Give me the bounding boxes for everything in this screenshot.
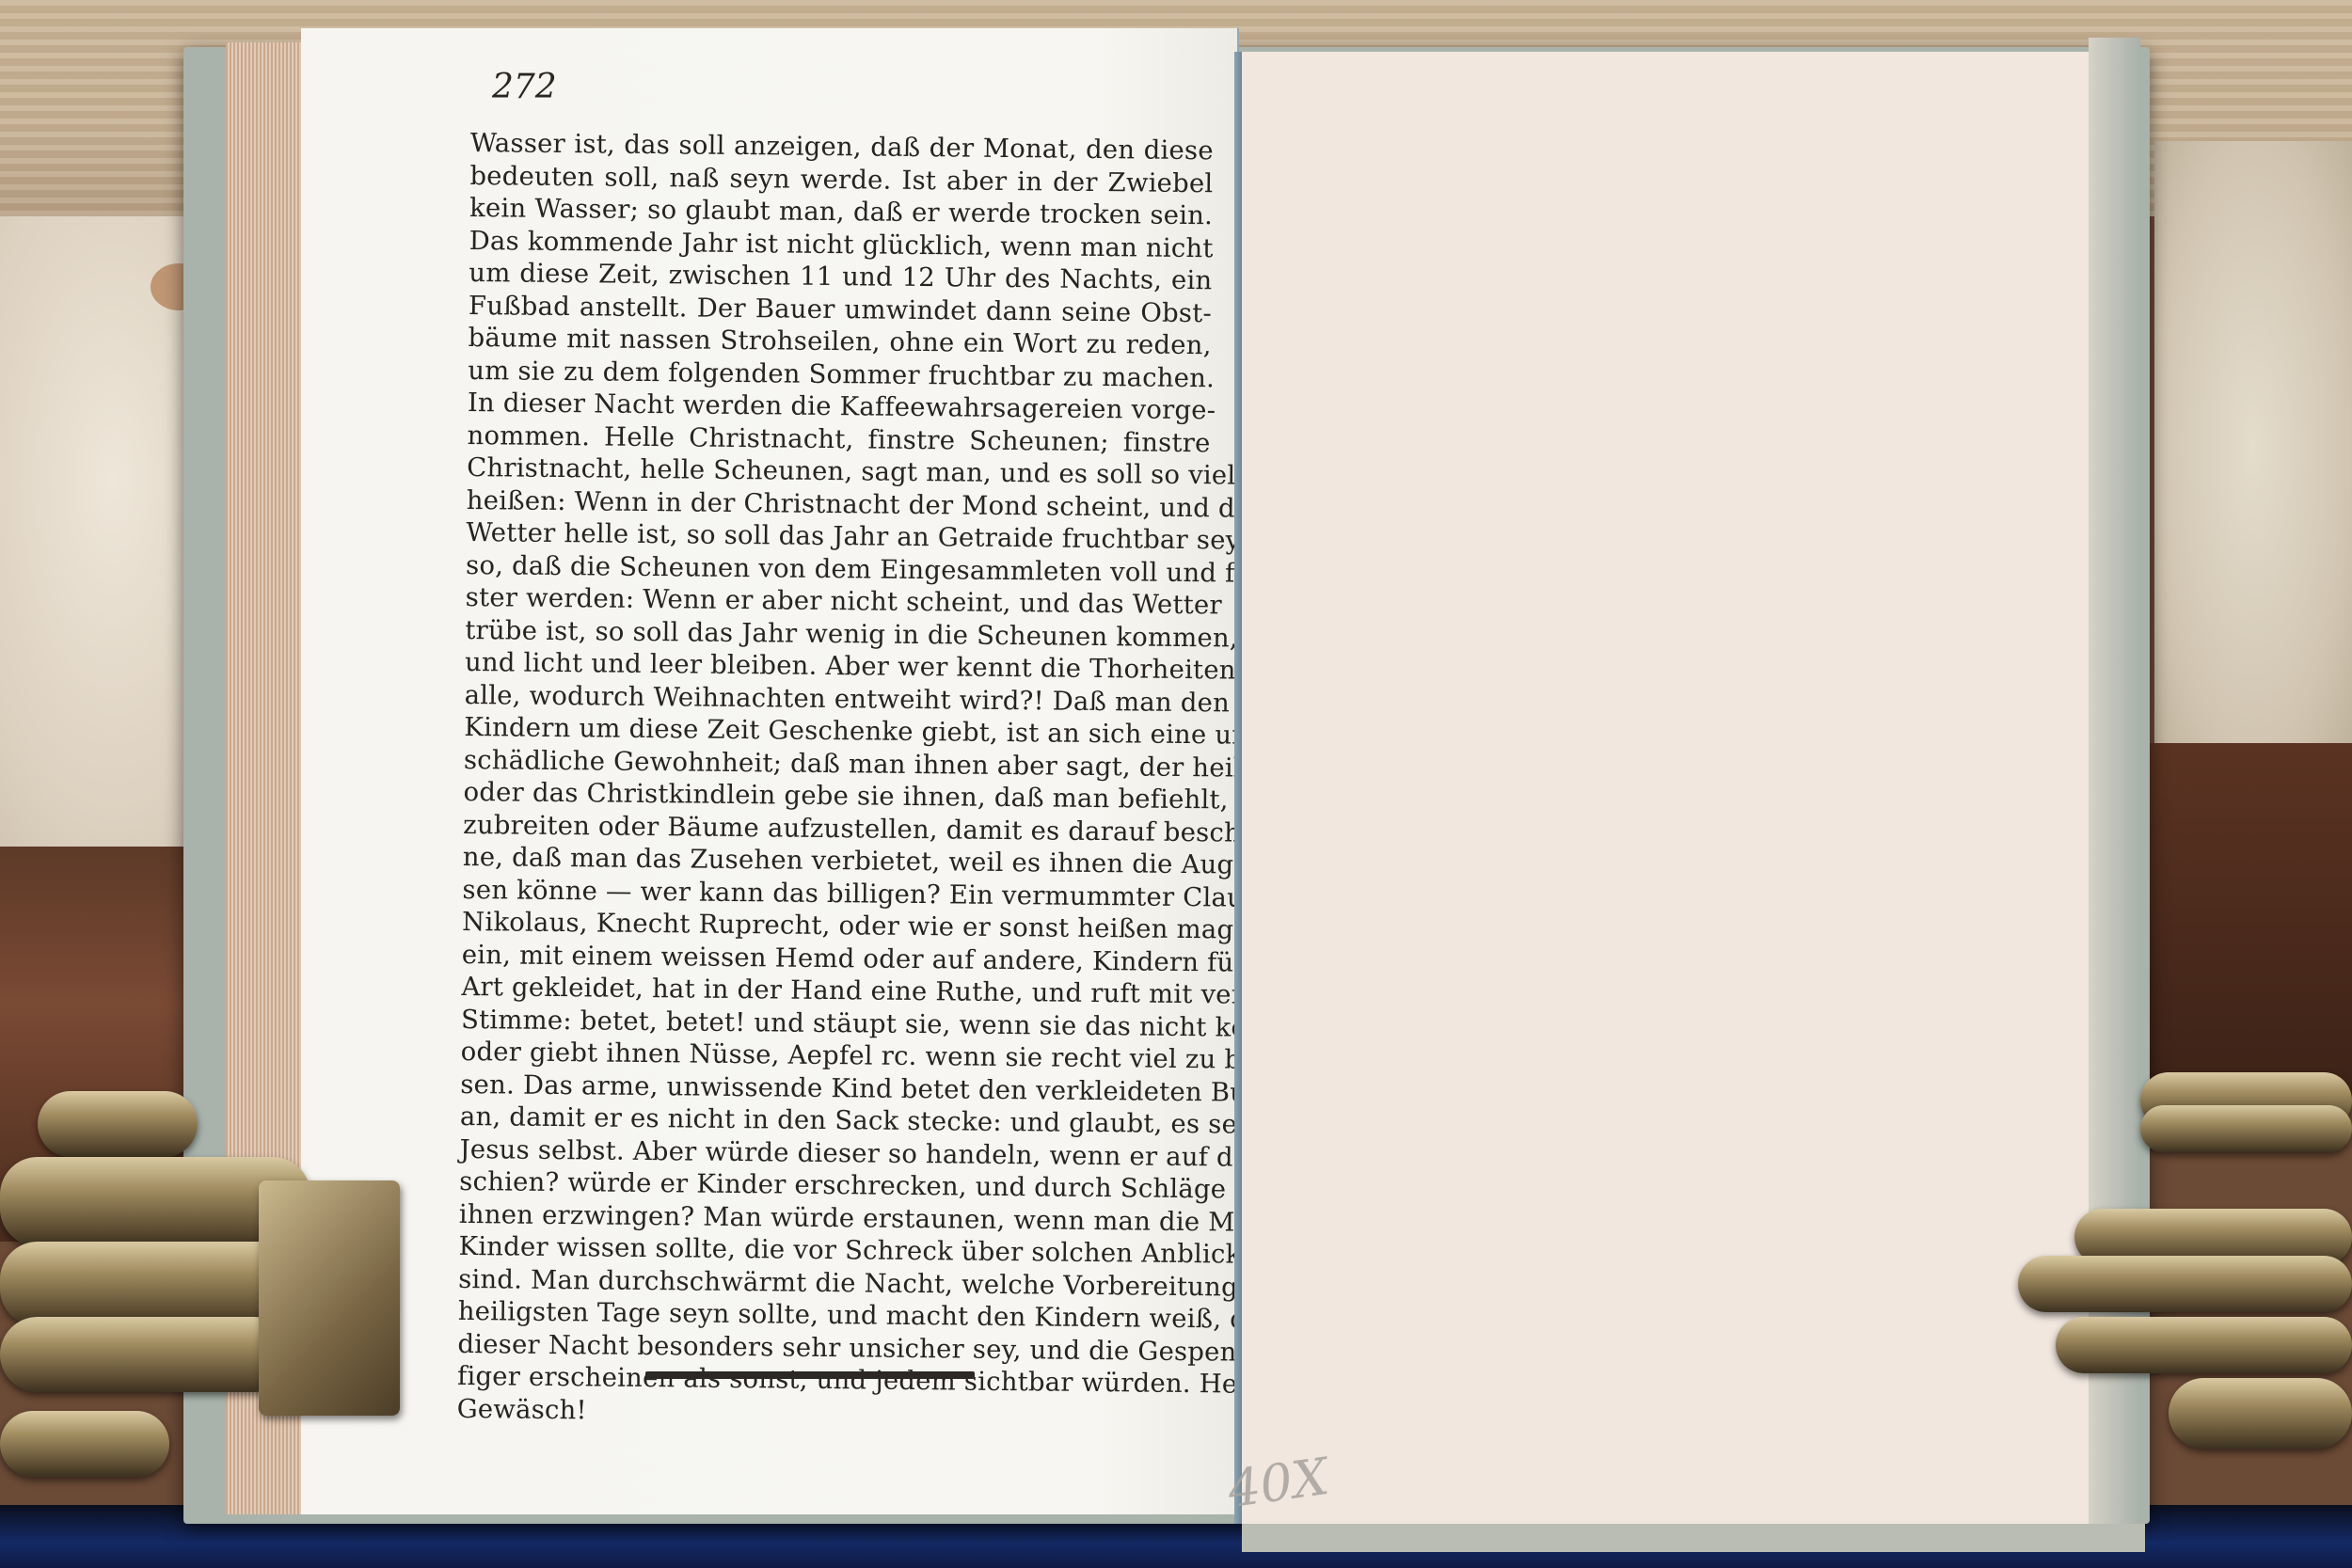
brass-finger: [2169, 1378, 2352, 1449]
brass-finger: [38, 1091, 198, 1157]
brass-hand-clamp-right: [1952, 1072, 2352, 1568]
end-rule-divider: [645, 1371, 975, 1379]
brass-hand-clamp-left: [0, 1044, 405, 1568]
book-gutter: [1234, 52, 1242, 1524]
page-number: 272: [492, 68, 557, 106]
page-text-block: Wasser ist, das soll anzeigen, daß der M…: [457, 127, 1214, 1433]
brass-finger: [2056, 1317, 2352, 1373]
brass-finger: [2018, 1256, 2352, 1312]
photo-scene: 272 Wasser ist, das soll anzeigen, daß d…: [0, 0, 2352, 1568]
brass-finger: [0, 1317, 292, 1392]
brass-finger: [0, 1411, 169, 1477]
background-leather-book-right: [2145, 743, 2352, 1101]
background-vellum-book-right: [2154, 141, 2352, 752]
brass-thumb: [259, 1180, 400, 1416]
brass-finger: [2140, 1105, 2352, 1152]
